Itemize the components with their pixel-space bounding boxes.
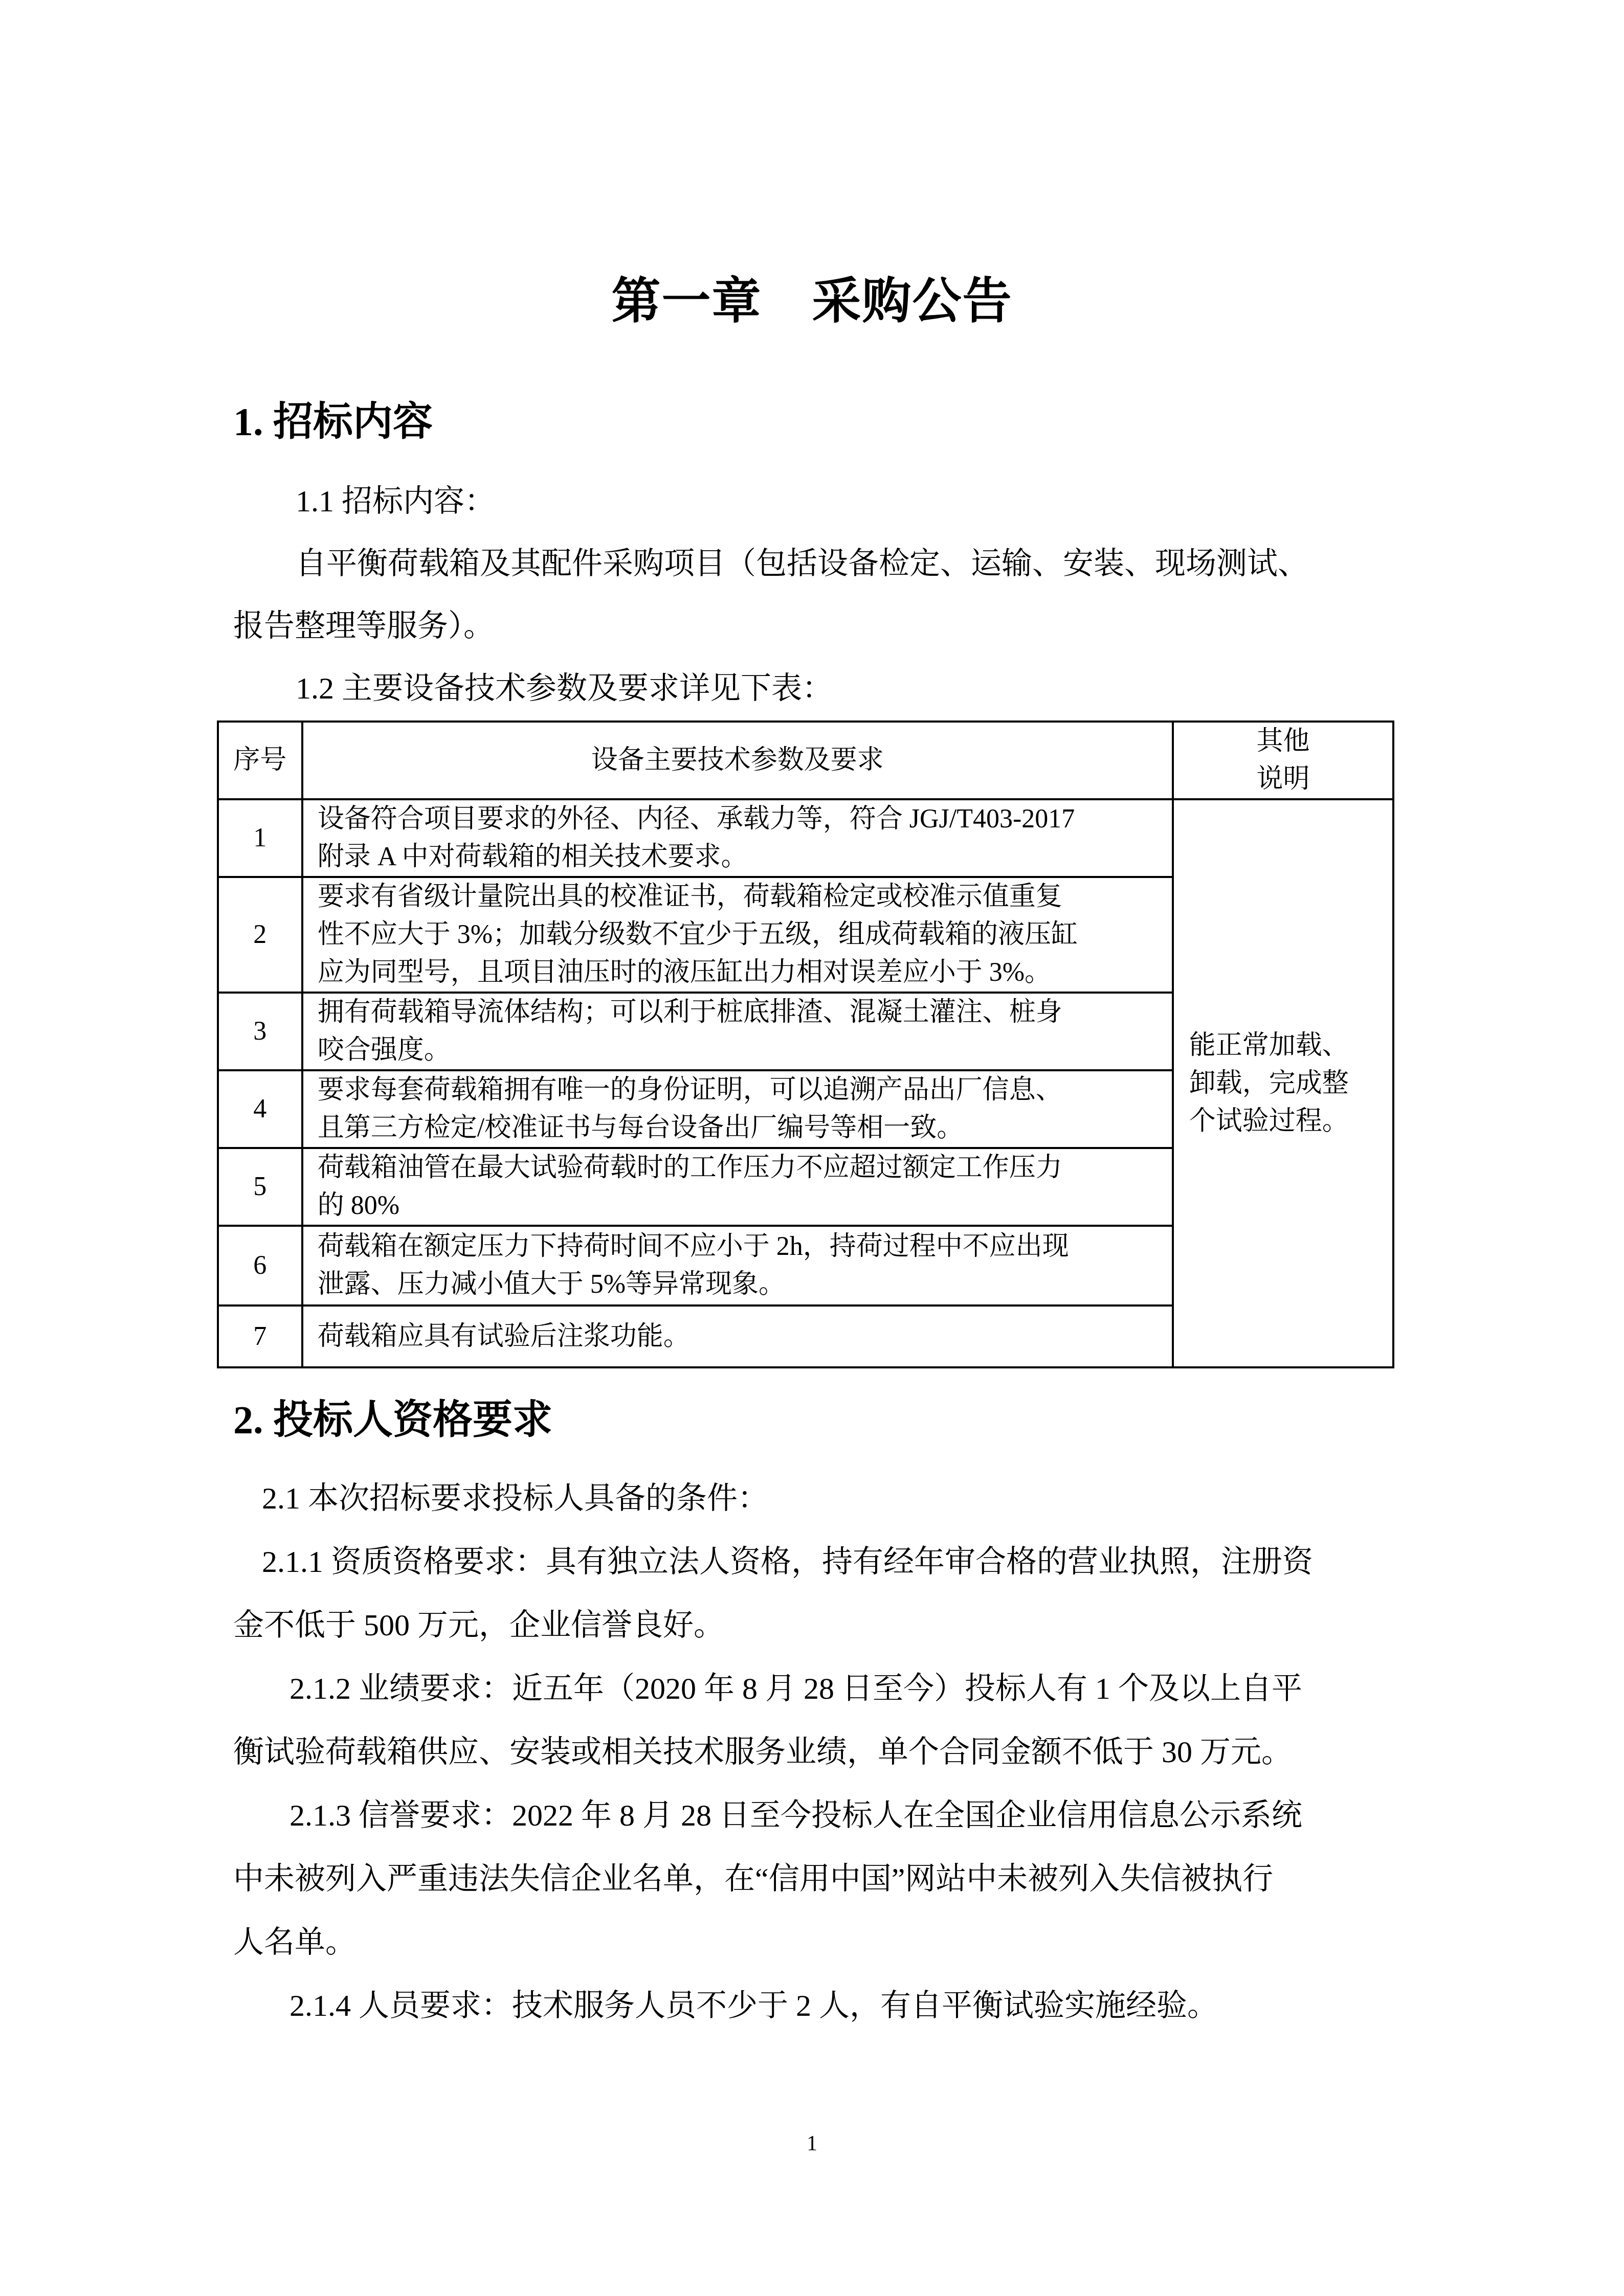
spec-table-header-row: 序号 设备主要技术参数及要求 其他 说明 <box>218 722 1393 799</box>
row-no: 1 <box>218 799 302 877</box>
row-no: 5 <box>218 1148 302 1226</box>
requirement-line: 咬合强度。 <box>318 1031 1158 1069</box>
row-no: 2 <box>218 877 302 993</box>
chapter-title: 第一章 采购公告 <box>0 262 1624 332</box>
remarks-line: 卸载，完成整 <box>1189 1065 1377 1102</box>
row-requirement: 荷载箱在额定压力下持荷时间不应小于 2h，持荷过程中不应出现 泄露、压力减小值大… <box>302 1226 1173 1305</box>
row-requirement: 荷载箱油管在最大试验荷载时的工作压力不应超过额定工作压力 的 80% <box>302 1148 1173 1226</box>
header-no: 序号 <box>218 722 302 799</box>
item-2-1-3-line1: 2.1.3 信誉要求：2022 年 8 月 28 日至今投标人在全国企业信用信息… <box>290 1800 1302 1831</box>
item-1-1-text-line2: 报告整理等服务）。 <box>233 611 494 641</box>
row-requirement: 荷载箱应具有试验后注浆功能。 <box>302 1305 1173 1367</box>
item-2-1-1-line2: 金不低于 500 万元，企业信誉良好。 <box>233 1610 724 1640</box>
requirement-line: 性不应大于 3%；加载分级数不宜少于五级，组成荷载箱的液压缸 <box>318 916 1158 954</box>
item-2-1-2-line1: 2.1.2 业绩要求：近五年（2020 年 8 月 28 日至今）投标人有 1 … <box>290 1673 1302 1704</box>
requirement-line: 要求有省级计量院出具的校准证书，荷载箱检定或校准示值重复 <box>318 878 1158 916</box>
row-no: 4 <box>218 1070 302 1148</box>
requirement-line: 拥有荷载箱导流体结构；可以利于桩底排渣、混凝土灌注、桩身 <box>318 994 1158 1031</box>
item-1-1-label: 1.1 招标内容： <box>296 486 495 516</box>
item-2-1-4: 2.1.4 人员要求：技术服务人员不少于 2 人，有自平衡试验实施经验。 <box>290 1990 1218 2021</box>
item-1-2-label: 1.2 主要设备技术参数及要求详见下表： <box>296 673 833 704</box>
page-number: 1 <box>0 2131 1624 2156</box>
item-2-1-3-line3: 人名单。 <box>233 1927 356 1957</box>
requirement-line: 荷载箱应具有试验后注浆功能。 <box>318 1318 1158 1356</box>
spec-table: 序号 设备主要技术参数及要求 其他 说明 1 设备符合项目要求的外径、内径、承载… <box>217 721 1394 1368</box>
section-2-heading: 2. 投标人资格要求 <box>233 1388 552 1445</box>
remarks-line: 个试验过程。 <box>1189 1102 1377 1140</box>
row-no: 6 <box>218 1226 302 1305</box>
requirement-line: 设备符合项目要求的外径、内径、承载力等，符合 JGJ/T403-2017 <box>318 800 1158 838</box>
requirement-line: 要求每套荷载箱拥有唯一的身份证明，可以追溯产品出厂信息、 <box>318 1071 1158 1109</box>
header-requirements: 设备主要技术参数及要求 <box>302 722 1173 799</box>
row-no: 7 <box>218 1305 302 1367</box>
requirement-line: 荷载箱油管在最大试验荷载时的工作压力不应超过额定工作压力 <box>318 1149 1158 1187</box>
requirement-line: 的 80% <box>318 1187 1158 1225</box>
header-remarks-line1: 其他 <box>1189 723 1377 760</box>
section-1-heading: 1. 招标内容 <box>233 390 433 447</box>
row-requirement: 要求有省级计量院出具的校准证书，荷载箱检定或校准示值重复 性不应大于 3%；加载… <box>302 877 1173 993</box>
item-2-1-1-line1: 2.1.1 资质资格要求：具有独立法人资格，持有经年审合格的营业执照，注册资 <box>262 1546 1313 1577</box>
requirement-line: 应为同型号，且项目油压时的液压缸出力相对误差应小于 3%。 <box>318 954 1158 992</box>
remarks-merged-cell: 能正常加载、 卸载，完成整 个试验过程。 <box>1173 799 1393 1367</box>
header-remarks: 其他 说明 <box>1173 722 1393 799</box>
row-no: 3 <box>218 993 302 1070</box>
requirement-line: 且第三方检定/校准证书与每台设备出厂编号等相一致。 <box>318 1109 1158 1147</box>
requirement-line: 荷载箱在额定压力下持荷时间不应小于 2h，持荷过程中不应出现 <box>318 1228 1158 1266</box>
remarks-line: 能正常加载、 <box>1189 1027 1377 1065</box>
item-1-1-text-line1: 自平衡荷载箱及其配件采购项目（包括设备检定、运输、安装、现场测试、 <box>296 548 1308 579</box>
row-requirement: 拥有荷载箱导流体结构；可以利于桩底排渣、混凝土灌注、桩身 咬合强度。 <box>302 993 1173 1070</box>
row-requirement: 要求每套荷载箱拥有唯一的身份证明，可以追溯产品出厂信息、 且第三方检定/校准证书… <box>302 1070 1173 1148</box>
table-row: 1 设备符合项目要求的外径、内径、承载力等，符合 JGJ/T403-2017 附… <box>218 799 1393 877</box>
item-2-1-3-line2: 中未被列入严重违法失信企业名单，在“信用中国”网站中未被列入失信被执行 <box>233 1863 1273 1894</box>
header-remarks-line2: 说明 <box>1189 760 1377 798</box>
row-requirement: 设备符合项目要求的外径、内径、承载力等，符合 JGJ/T403-2017 附录 … <box>302 799 1173 877</box>
requirement-line: 泄露、压力减小值大于 5%等异常现象。 <box>318 1266 1158 1303</box>
item-2-1: 2.1 本次招标要求投标人具备的条件： <box>262 1483 768 1514</box>
item-2-1-2-line2: 衡试验荷载箱供应、安装或相关技术服务业绩，单个合同金额不低于 30 万元。 <box>233 1737 1292 1767</box>
requirement-line: 附录 A 中对荷载箱的相关技术要求。 <box>318 838 1158 876</box>
